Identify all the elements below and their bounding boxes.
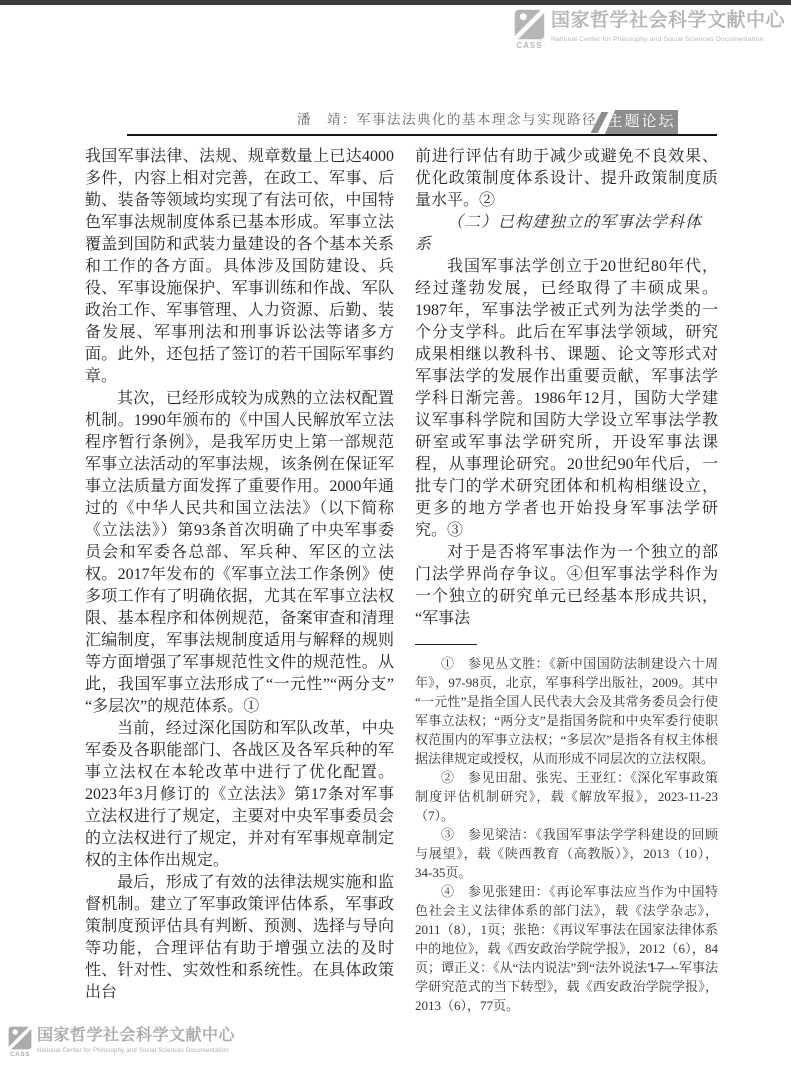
footnote: ③ 参见梁洁：《我国军事法学学科建设的回顾与展望》，载《陕西教育（高教版）》，2… (415, 825, 718, 882)
footnote: ④ 参见张建田：《再论军事法应当作为中国特色社会主义法律体系的部门法》，载《法学… (415, 882, 718, 1015)
brand-name-cn: 国家哲学社会科学文献中心 (551, 9, 785, 33)
header-rule (127, 134, 717, 136)
cass-logo-icon (8, 1026, 32, 1050)
brand-abbr: CASS (10, 1051, 30, 1058)
brand-name-en: National Center for Philosophy and Socia… (37, 1048, 235, 1054)
right-column: 前进行评估有助于减少或避免不良效果、优化政策制度体系设计、提升政策制度质量水平。… (415, 146, 718, 1015)
paragraph: 当前，经过深化国防和军队改革，中央军委及各职能部门、各战区及各军兵种的军事立法权… (85, 718, 394, 872)
running-title: 潘 靖：军事法法典化的基本理念与实现路径 (0, 108, 597, 128)
brand-icon-block: CASS (514, 9, 545, 50)
journal-page: { "colors": { "topbar": "#3a3a3a", "badg… (0, 0, 791, 1068)
footnote: ① 参见丛文胜：《新中国国防法制建设六十周年》，97-98页，北京，军事科学出版… (415, 654, 718, 768)
brand-watermark-top: CASS 国家哲学社会科学文献中心 National Center for Ph… (514, 9, 785, 50)
brand-name-en: National Center for Philosophy and Socia… (551, 36, 785, 43)
footnote-separator (415, 644, 477, 645)
cass-logo-icon (514, 9, 545, 40)
page-number: · 17 · (415, 960, 718, 977)
paragraph: 我国军事法学创立于20世纪80年代，经过蓬勃发展，已经取得了丰硕成果。1987年… (415, 256, 718, 542)
brand-icon-block: CASS (8, 1026, 32, 1058)
paragraph: 最后，形成了有效的法律法规实施和监督机制。建立了军事政策评估体系，军事政策制度预… (85, 872, 394, 1004)
top-black-bar (0, 0, 791, 5)
brand-name-cn: 国家哲学社会科学文献中心 (37, 1026, 235, 1045)
paragraph: 前进行评估有助于减少或避免不良效果、优化政策制度体系设计、提升政策制度质量水平。… (415, 146, 718, 212)
brand-watermark-bottom: CASS 国家哲学社会科学文献中心 National Center for Ph… (8, 1026, 235, 1058)
paragraph: 其次，已经形成较为成熟的立法权配置机制。1990年颁布的《中国人民解放军立法程序… (85, 388, 394, 718)
footnote: ② 参见田甜、张宪、王亚红：《深化军事政策制度评估机制研究》，载《解放军报》，2… (415, 768, 718, 825)
left-column: 我国军事法律、法规、规章数量上已达4000多件，内容上相对完善，在政工、军事、后… (85, 146, 394, 1004)
brand-abbr: CASS (516, 41, 542, 50)
paragraph: 对于是否将军事法作为一个独立的部门法学界尚存争议。④但军事法学科作为一个独立的研… (415, 542, 718, 630)
topic-forum-badge: 主题论坛 (605, 110, 678, 134)
section-heading: （二）已构建独立的军事法学科体系 (415, 212, 718, 256)
paragraph: 我国军事法律、法规、规章数量上已达4000多件，内容上相对完善，在政工、军事、后… (85, 146, 394, 388)
